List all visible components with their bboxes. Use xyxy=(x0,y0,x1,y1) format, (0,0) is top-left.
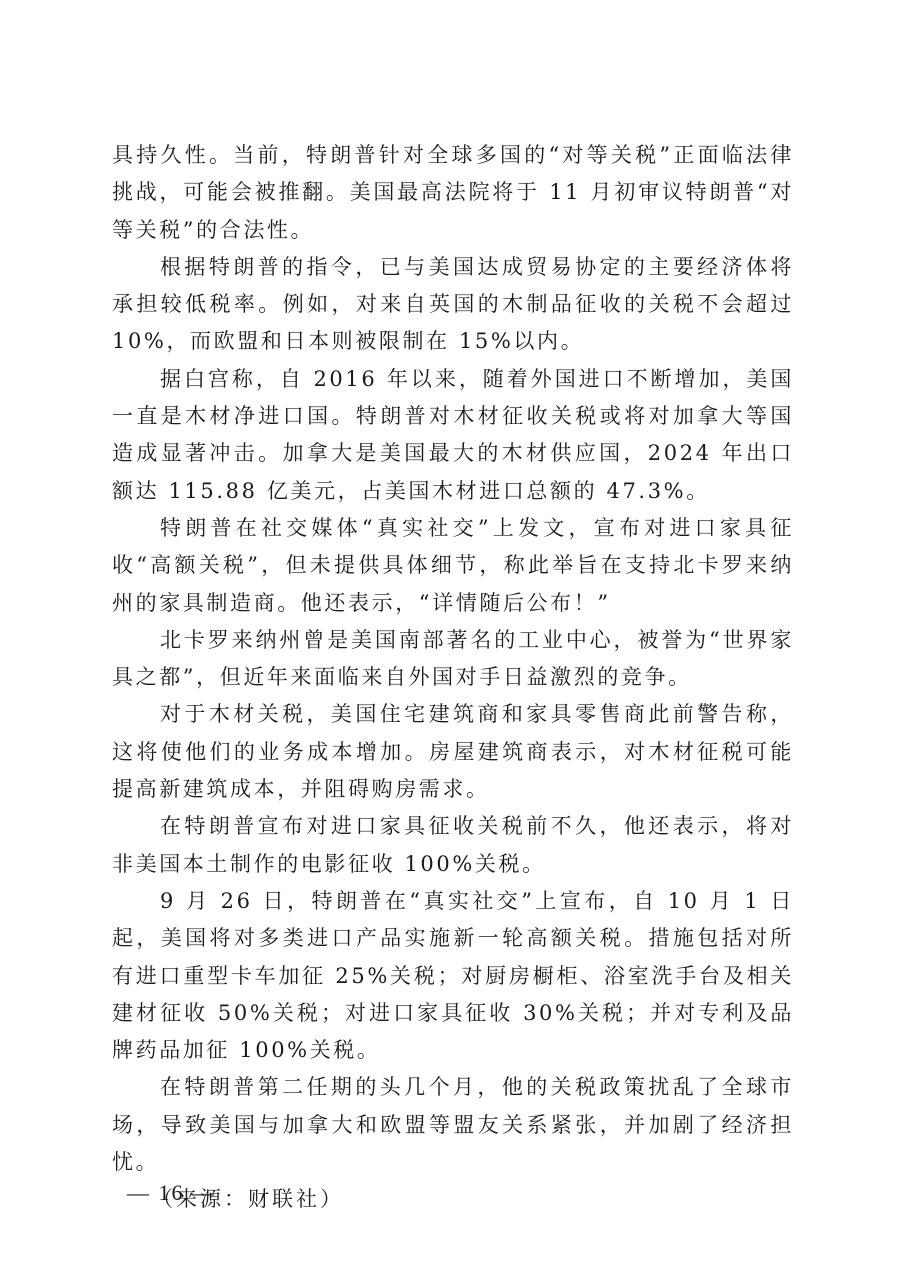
paragraph-market-impact: 在特朗普第二任期的头几个月，他的关税政策扰乱了全球市场，导致美国与加拿大和欧盟等… xyxy=(112,1069,794,1181)
paragraph-lumber-imports: 据白宫称，自 2016 年以来，随着外国进口不断增加，美国一直是木材净进口国。特… xyxy=(112,361,794,510)
paragraph-film-tariff: 在特朗普宣布对进口家具征收关税前不久，他还表示，将对非美国本土制作的电影征收 1… xyxy=(112,808,794,883)
paragraph-continuation: 具持久性。当前，特朗普针对全球多国的“对等关税”正面临法律挑战，可能会被推翻。美… xyxy=(112,137,794,249)
paragraph-trade-deal-rates: 根据特朗普的指令，已与美国达成贸易协定的主要经济体将承担较低税率。例如，对来自英… xyxy=(112,249,794,361)
page-number: — 16 — xyxy=(127,1180,216,1206)
paragraph-north-carolina: 北卡罗来纳州曾是美国南部著名的工业中心，被誉为“世界家具之都”，但近年来面临来自… xyxy=(112,622,794,697)
paragraph-furniture-tariff-post: 特朗普在社交媒体“真实社交”上发文，宣布对进口家具征收“高额关税”，但未提供具体… xyxy=(112,510,794,622)
paragraph-builders-warning: 对于木材关税，美国住宅建筑商和家具零售商此前警告称，这将使他们的业务成本增加。房… xyxy=(112,696,794,808)
paragraph-sept-26-announcement: 9 月 26 日，特朗普在“真实社交”上宣布，自 10 月 1 日起，美国将对多… xyxy=(112,883,794,1069)
document-body: 具持久性。当前，特朗普针对全球多国的“对等关税”正面临法律挑战，可能会被推翻。美… xyxy=(112,137,794,1219)
